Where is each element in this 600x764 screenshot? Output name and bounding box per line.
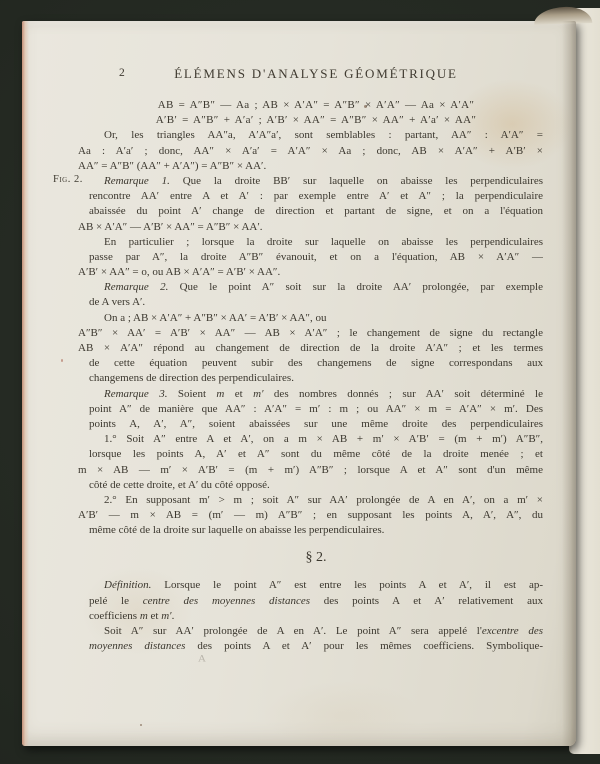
text-line: AB × A′A″ répond au changement de direct… bbox=[78, 341, 543, 356]
text-line: Remarque 2. Que le point A″ soit sur la … bbox=[89, 280, 543, 295]
text-line: AB = A″B″ — Aa ; AB × A′A″ = A″B″ × A′A″… bbox=[89, 98, 543, 113]
text-line: AB × A′A″ — A′B′ × AA″ = A″B″ × AA′. bbox=[78, 220, 543, 235]
paragraph-en-particulier: En particulier ; lorsque la droite sur l… bbox=[89, 235, 543, 281]
section-heading: § 2. bbox=[89, 538, 543, 578]
paragraph-on-a: On a ; AB × A′A″ + A″B″ × AA′ = A′B′ × A… bbox=[89, 311, 543, 326]
paper-speck bbox=[61, 359, 63, 362]
paragraph-excentre: Soit A″ sur AA′ prolongée de A en A′. Le… bbox=[89, 624, 543, 654]
text-line: Soit A″ sur AA′ prolongée de A en A′. Le… bbox=[89, 624, 543, 639]
page-edge-tint bbox=[22, 21, 29, 746]
text-line: 2.° En supposant m′ > m ; soit A″ sur AA… bbox=[89, 493, 543, 508]
book-page: A 2 ÉLÉMENS D'ANALYSE GÉOMÉTRIQUE Fig. 2… bbox=[22, 21, 576, 746]
text-line: changemens de direction des perpendicula… bbox=[89, 371, 543, 386]
text-line: On a ; AB × A′A″ + A″B″ × AA′ = A′B′ × A… bbox=[89, 311, 543, 326]
text-line: points A, A′, A″, soient abaissées sur u… bbox=[89, 417, 543, 432]
paragraph-or: Or, les triangles AA″a, A′A″a′, sont sem… bbox=[89, 128, 543, 174]
paragraph-changement: A″B″ × AA′ = A′B′ × AA″ — AB × A′A″ ; le… bbox=[89, 326, 543, 387]
figure-margin-note: Fig. 2. bbox=[53, 174, 83, 185]
remarque-1: Remarque 1. Que la droite BB′ sur laquel… bbox=[89, 174, 543, 235]
text-line: point A″ de manière que AA″ : A′A″ = m′ … bbox=[89, 402, 543, 417]
text-line: Or, les triangles AA″a, A′A″a′, sont sem… bbox=[89, 128, 543, 143]
text-line: passe par A″, la droite A″B″ évanouit, e… bbox=[89, 250, 543, 265]
item-1: 1.° Soit A″ entre A et A′, on a m × AB +… bbox=[89, 432, 543, 493]
book-photo: A 2 ÉLÉMENS D'ANALYSE GÉOMÉTRIQUE Fig. 2… bbox=[0, 0, 600, 764]
text-line: A″B″ × AA′ = A′B′ × AA″ — AB × A′A″ ; le… bbox=[78, 326, 543, 341]
text-line: abaissée du point A′ change de direction… bbox=[89, 204, 543, 219]
text-line: A′B′ = A″B″ + A′a′ ; A′B′ × AA″ = A″B″ ×… bbox=[89, 113, 543, 128]
text-line: A′B′ — m × AB = (m′ — m) A″B″ ; en suppo… bbox=[78, 508, 543, 523]
text-line: lorsque les points A, A′ et A″ sont du m… bbox=[89, 447, 543, 462]
text-line: même côté de la droite sur laquelle on a… bbox=[89, 523, 543, 538]
text-line: Aa : A′a′ ; donc, AA″ × A′a′ = A′A″ × Aa… bbox=[78, 144, 543, 159]
text-line: AA″ = A″B″ (AA″ + A′A″) = A″B″ × AA′. bbox=[78, 159, 543, 174]
running-title: ÉLÉMENS D'ANALYSE GÉOMÉTRIQUE bbox=[89, 66, 543, 82]
text-line: A′B′ × AA″ = o, ou AB × A′A″ = A′B′ × AA… bbox=[78, 265, 543, 280]
text-line: coefficiens m et m′. bbox=[89, 609, 543, 624]
text-line: côté de cette droite, et A′ du côté oppo… bbox=[89, 478, 543, 493]
formula-block: AB = A″B″ — Aa ; AB × A′A″ = A″B″ × A′A″… bbox=[89, 98, 543, 128]
text-line: moyennes distances des points A et A′ po… bbox=[89, 639, 543, 654]
text-flow: AB = A″B″ — Aa ; AB × A′A″ = A″B″ × A′A″… bbox=[89, 98, 543, 654]
text-line: 1.° Soit A″ entre A et A′, on a m × AB +… bbox=[89, 432, 543, 447]
remarque-3: Remarque 3. Soient m et m′ des nombres d… bbox=[89, 387, 543, 433]
text-line: Remarque 1. Que la droite BB′ sur laquel… bbox=[89, 174, 543, 189]
text-line: de A vers A′. bbox=[89, 295, 543, 310]
text-line: rencontre AA′ entre A et A′ : par exempl… bbox=[89, 189, 543, 204]
text-line: m × AB — m′ × A′B′ = (m + m′) A″B″ ; lor… bbox=[78, 463, 543, 478]
text-line: Définition. Lorsque le point A″ est entr… bbox=[89, 578, 543, 593]
text-line: pelé le centre des moyennes distances de… bbox=[89, 594, 543, 609]
paper-stain bbox=[262, 681, 422, 751]
ink-bleed-mark: A bbox=[198, 654, 206, 665]
item-2: 2.° En supposant m′ > m ; soit A″ sur AA… bbox=[89, 493, 543, 539]
text-line: Remarque 3. Soient m et m′ des nombres d… bbox=[89, 387, 543, 402]
paper-speck bbox=[140, 724, 142, 726]
definition: Définition. Lorsque le point A″ est entr… bbox=[89, 578, 543, 624]
remarque-2: Remarque 2. Que le point A″ soit sur la … bbox=[89, 280, 543, 310]
text-line: En particulier ; lorsque la droite sur l… bbox=[89, 235, 543, 250]
text-line: de cette équation peuvent subir des chan… bbox=[89, 356, 543, 371]
